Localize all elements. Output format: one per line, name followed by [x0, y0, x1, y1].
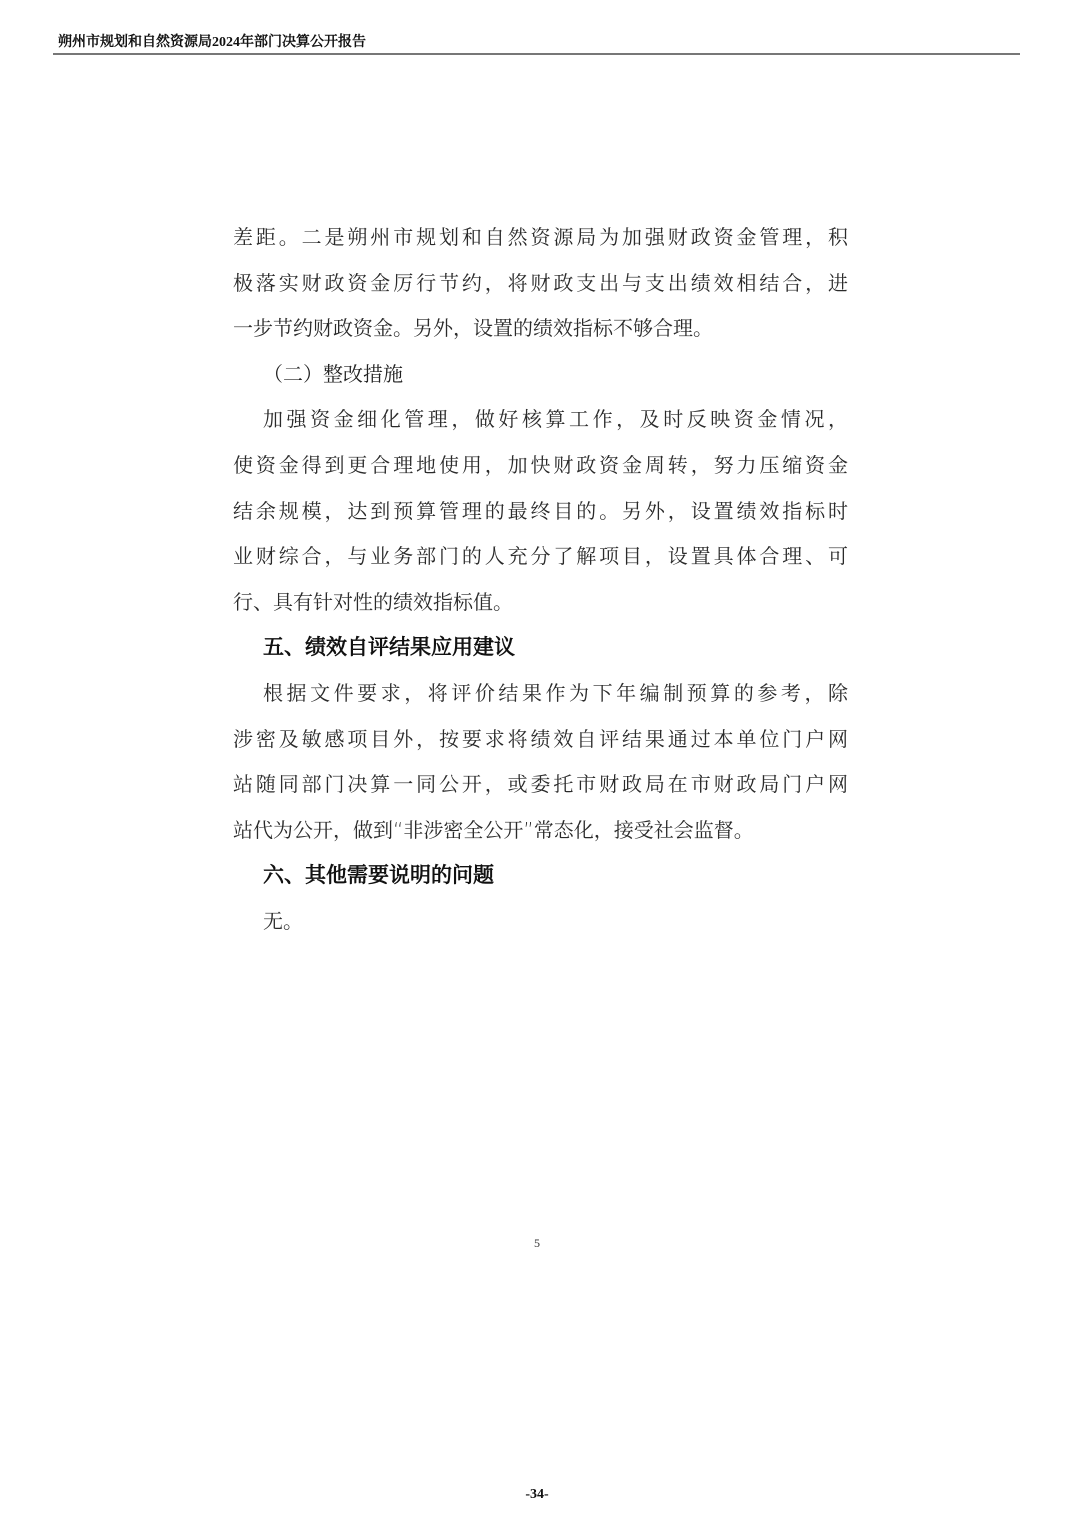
paragraph-line: 一步节约财政资金。另外，设置的绩效指标不够合理。	[233, 306, 848, 352]
paragraph-line: 差距。二是朔州市规划和自然资源局为加强财政资金管理，积	[233, 215, 848, 261]
paragraph-line: 结余规模，达到预算管理的最终目的。另外，设置绩效指标时	[233, 489, 848, 535]
header-divider	[53, 53, 1020, 55]
section-heading-5: 五、绩效自评结果应用建议	[233, 625, 848, 671]
paragraph-line: 根据文件要求，将评价结果作为下年编制预算的参考，除	[233, 671, 848, 717]
section-heading-6: 六、其他需要说明的问题	[233, 853, 848, 899]
inner-page-number: 5	[0, 1236, 1074, 1251]
page-number: -34-	[0, 1487, 1074, 1503]
paragraph-line: 站随同部门决算一同公开，或委托市财政局在市财政局门户网	[233, 762, 848, 808]
paragraph-line: 使资金得到更合理地使用，加快财政资金周转，努力压缩资金	[233, 443, 848, 489]
paragraph-line: 涉密及敏感项目外，按要求将绩效自评结果通过本单位门户网	[233, 717, 848, 763]
running-header-title: 朔州市规划和自然资源局2024年部门决算公开报告	[58, 31, 366, 51]
paragraph-line: 站代为公开，做到“非涉密全公开”常态化，接受社会监督。	[233, 808, 848, 854]
document-body: 差距。二是朔州市规划和自然资源局为加强财政资金管理，积 极落实财政资金厉行节约，…	[233, 215, 848, 945]
paragraph-line: 行、具有针对性的绩效指标值。	[233, 580, 848, 626]
subheading-rectification-measures: （二）整改措施	[233, 352, 848, 398]
paragraph-line: 无。	[233, 899, 848, 945]
paragraph-line: 业财综合，与业务部门的人充分了解项目，设置具体合理、可	[233, 534, 848, 580]
paragraph-line: 加强资金细化管理，做好核算工作，及时反映资金情况，	[233, 397, 848, 443]
paragraph-line: 极落实财政资金厉行节约，将财政支出与支出绩效相结合，进	[233, 261, 848, 307]
